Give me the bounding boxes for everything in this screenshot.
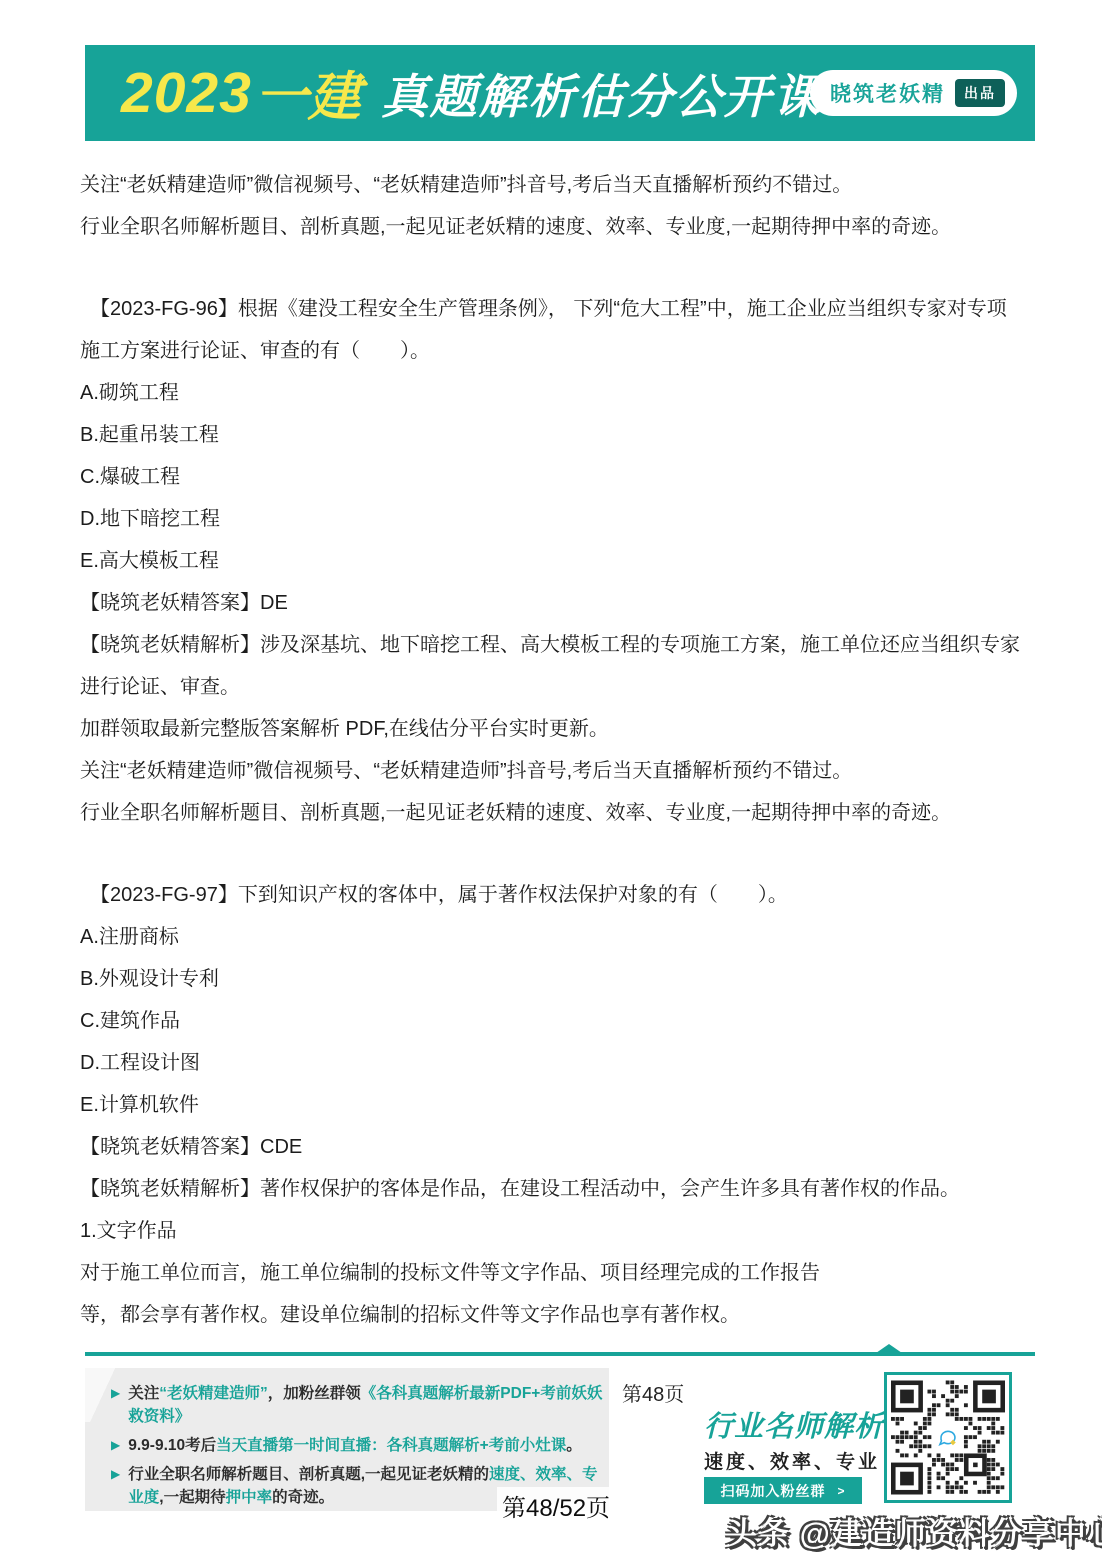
- promo-line: 加群领取最新完整版答案解析 PDF,在线估分平台实时更新。: [80, 708, 1025, 750]
- page-progress-label: 第48/52页: [497, 1487, 615, 1524]
- option: A.注册商标: [80, 916, 1025, 958]
- title-exam: 一建: [255, 55, 361, 131]
- tab-notch: [876, 1344, 902, 1353]
- footer-bullet-text: 9.9-9.10考后当天直播第一时间直播：各科真题解析+考前小灶课。: [128, 1434, 581, 1457]
- bullet-arrow-icon: ▶: [111, 1463, 120, 1509]
- join-fans-group-button: 扫码加入粉丝群 >: [704, 1477, 862, 1504]
- intro-line: 关注“老妖精建造师”微信视频号、“老妖精建造师”抖音号,考后当天直播解析预约不错…: [80, 164, 1025, 206]
- option: A.砌筑工程: [80, 372, 1025, 414]
- option: E.高大模板工程: [80, 540, 1025, 582]
- promo-line: 关注“老妖精建造师”微信视频号、“老妖精建造师”抖音号,考后当天直播解析预约不错…: [80, 750, 1025, 792]
- title-year: 2023: [121, 60, 252, 126]
- brand-name: 晓筑老妖精: [830, 78, 945, 108]
- footer-bullet-text: 关注“老妖精建造师”，加粉丝群领《各科真题解析最新PDF+考前妖妖救资料》: [128, 1382, 603, 1428]
- body-line: 等，都会享有著作权。建设单位编制的招标文件等文字作品也享有著作权。: [80, 1294, 1025, 1336]
- body-line: 1.文字作品: [80, 1210, 1025, 1252]
- promo-line: 行业全职名师解析题目、剖析真题,一起见证老妖精的速度、效率、专业度,一起期待押中…: [80, 792, 1025, 834]
- join-fans-group-label: 扫码加入粉丝群: [720, 1481, 825, 1501]
- promo-subtitle: 速度、效率、专业: [704, 1447, 880, 1474]
- footer-bullet: ▶9.9-9.10考后当天直播第一时间直播：各科真题解析+考前小灶课。: [111, 1434, 603, 1457]
- answer-line: 【晓筑老妖精答案】DE: [80, 582, 1025, 624]
- option: B.起重吊装工程: [80, 414, 1025, 456]
- content: 关注“老妖精建造师”微信视频号、“老妖精建造师”抖音号,考后当天直播解析预约不错…: [80, 164, 1025, 1336]
- option: B.外观设计专利: [80, 958, 1025, 1000]
- option: D.地下暗挖工程: [80, 498, 1025, 540]
- answer-line: 【晓筑老妖精答案】CDE: [80, 1126, 1025, 1168]
- watermark: 头条 @建造师资料分享中心: [726, 1508, 1102, 1553]
- brand-pill: 晓筑老妖精 出品: [810, 70, 1017, 116]
- bullet-arrow-icon: ▶: [111, 1434, 120, 1457]
- analysis-line: 【晓筑老妖精解析】涉及深基坑、地下暗挖工程、高大模板工程的专项施工方案，施工单位…: [80, 624, 1025, 708]
- body-line: 对于施工单位而言，施工单位编制的投标文件等文字作品、项目经理完成的工作报告: [80, 1252, 1025, 1294]
- page-number-label: 第48页: [622, 1378, 684, 1407]
- title-main: 真题解析估分公开课: [381, 60, 822, 127]
- option: D.工程设计图: [80, 1042, 1025, 1084]
- qr-code: [884, 1372, 1012, 1503]
- intro-line: 行业全职名师解析题目、剖析真题,一起见证老妖精的速度、效率、专业度,一起期待押中…: [80, 206, 1025, 248]
- bullet-arrow-icon: ▶: [111, 1382, 120, 1428]
- question-stem: 【2023-FG-96】根据《建没工程安全生产管理条例》， 下列“危大工程”中，…: [80, 288, 1025, 372]
- option: C.建筑作品: [80, 1000, 1025, 1042]
- analysis-line: 【晓筑老妖精解析】著作权保护的客体是作品，在建设工程活动中，会产生许多具有著作权…: [80, 1168, 1025, 1210]
- footer-bullet: ▶关注“老妖精建造师”，加粉丝群领《各科真题解析最新PDF+考前妖妖救资料》: [111, 1382, 603, 1428]
- question-stem: 【2023-FG-97】下到知识产权的客体中，属于著作权法保护对象的有（ ）。: [80, 874, 1025, 916]
- page-title: 2023 一建 真题解析估分公开课: [121, 45, 822, 141]
- header-banner: 2023 一建 真题解析估分公开课 晓筑老妖精 出品: [85, 45, 1035, 141]
- promo-title: 行业名师解析: [704, 1404, 884, 1445]
- brand-badge: 出品: [955, 79, 1005, 107]
- option: E.计算机软件: [80, 1084, 1025, 1126]
- pdf-page: 2023 一建 真题解析估分公开课 晓筑老妖精 出品 关注“老妖精建造师”微信视…: [0, 0, 1102, 1559]
- option: C.爆破工程: [80, 456, 1025, 498]
- arrow-right-icon: >: [837, 1484, 845, 1498]
